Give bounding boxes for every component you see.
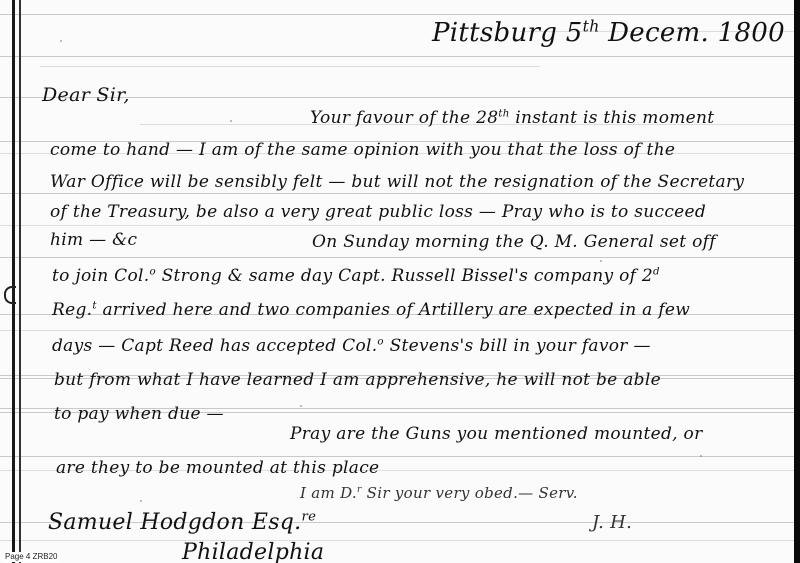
- binding-hole: [4, 286, 16, 304]
- addressee-city: Philadelphia: [182, 540, 324, 563]
- ruled-line: [0, 456, 800, 457]
- closing-text: I am D.: [300, 484, 357, 502]
- body-text: arrived here and two companies of Artill…: [97, 300, 690, 320]
- body-line: Pray are the Guns you mentioned mounted,…: [290, 424, 703, 444]
- body-line: On Sunday morning the Q. M. General set …: [312, 232, 716, 252]
- heading-day-suffix: th: [583, 17, 600, 35]
- ruled-line: [0, 14, 800, 15]
- letter-scan-page: Pittsburg 5th Decem. 1800 Dear Sir, Your…: [0, 0, 800, 563]
- addressee-name: Samuel Hodgdon Esq.re: [48, 510, 316, 535]
- body-line: come to hand — I am of the same opinion …: [50, 140, 675, 160]
- superscript: re: [301, 510, 316, 525]
- margin-line: [19, 0, 21, 563]
- closing-text: Sir your very obed.— Serv.: [362, 484, 578, 502]
- heading-day: 5: [566, 18, 583, 48]
- body-text: Stevens's bill in your favor —: [384, 336, 651, 356]
- addressee-text: Samuel Hodgdon Esq.: [48, 510, 301, 535]
- scan-speck: [300, 405, 302, 407]
- body-line: to pay when due —: [54, 404, 224, 424]
- margin-line: [12, 0, 15, 563]
- superscript: th: [498, 108, 509, 119]
- body-line: Reg.t arrived here and two companies of …: [52, 300, 690, 320]
- heading-year: 1800: [718, 18, 785, 48]
- salutation: Dear Sir,: [42, 84, 130, 106]
- body-line: War Office will be sensibly felt — but w…: [50, 172, 744, 192]
- body-text: days — Capt Reed has accepted Col.: [52, 336, 377, 356]
- ruled-line: [0, 225, 800, 226]
- ruled-line: [0, 193, 800, 194]
- body-text: instant is this moment: [515, 108, 714, 128]
- ruled-line: [0, 257, 800, 258]
- body-line: days — Capt Reed has accepted Col.o Stev…: [52, 336, 651, 356]
- ruled-line: [0, 540, 800, 541]
- page-edge: [794, 0, 800, 563]
- ruled-line: [0, 330, 800, 331]
- scan-speck: [60, 40, 62, 42]
- ruled-line: [0, 56, 800, 57]
- body-text: to join Col.: [52, 266, 149, 286]
- heading-place: Pittsburg: [432, 18, 557, 48]
- body-text: Reg.: [52, 300, 92, 320]
- body-line: are they to be mounted at this place: [56, 458, 379, 478]
- scan-speck: [600, 260, 602, 262]
- ruled-line: [40, 66, 540, 67]
- body-line: but from what I have learned I am appreh…: [54, 370, 661, 390]
- scan-speck: [230, 120, 232, 122]
- body-text: Strong & same day Capt. Russell Bissel's…: [156, 266, 653, 286]
- body-line: him — &c: [50, 230, 137, 250]
- scan-speck: [700, 455, 702, 457]
- letter-heading: Pittsburg 5th Decem. 1800: [432, 18, 785, 48]
- signature-initials: J. H.: [592, 512, 632, 533]
- body-line: to join Col.o Strong & same day Capt. Ru…: [52, 266, 660, 286]
- superscript: d: [653, 266, 660, 277]
- scan-speck: [140, 500, 142, 502]
- body-line: Your favour of the 28th instant is this …: [310, 108, 714, 128]
- closing-line: I am D.r Sir your very obed.— Serv.: [300, 484, 578, 502]
- body-line: of the Treasury, be also a very great pu…: [50, 202, 706, 222]
- page-label: Page 4 ZRB20: [3, 552, 59, 562]
- body-text: Your favour of the 28: [310, 108, 498, 128]
- heading-month: Decem.: [608, 18, 709, 48]
